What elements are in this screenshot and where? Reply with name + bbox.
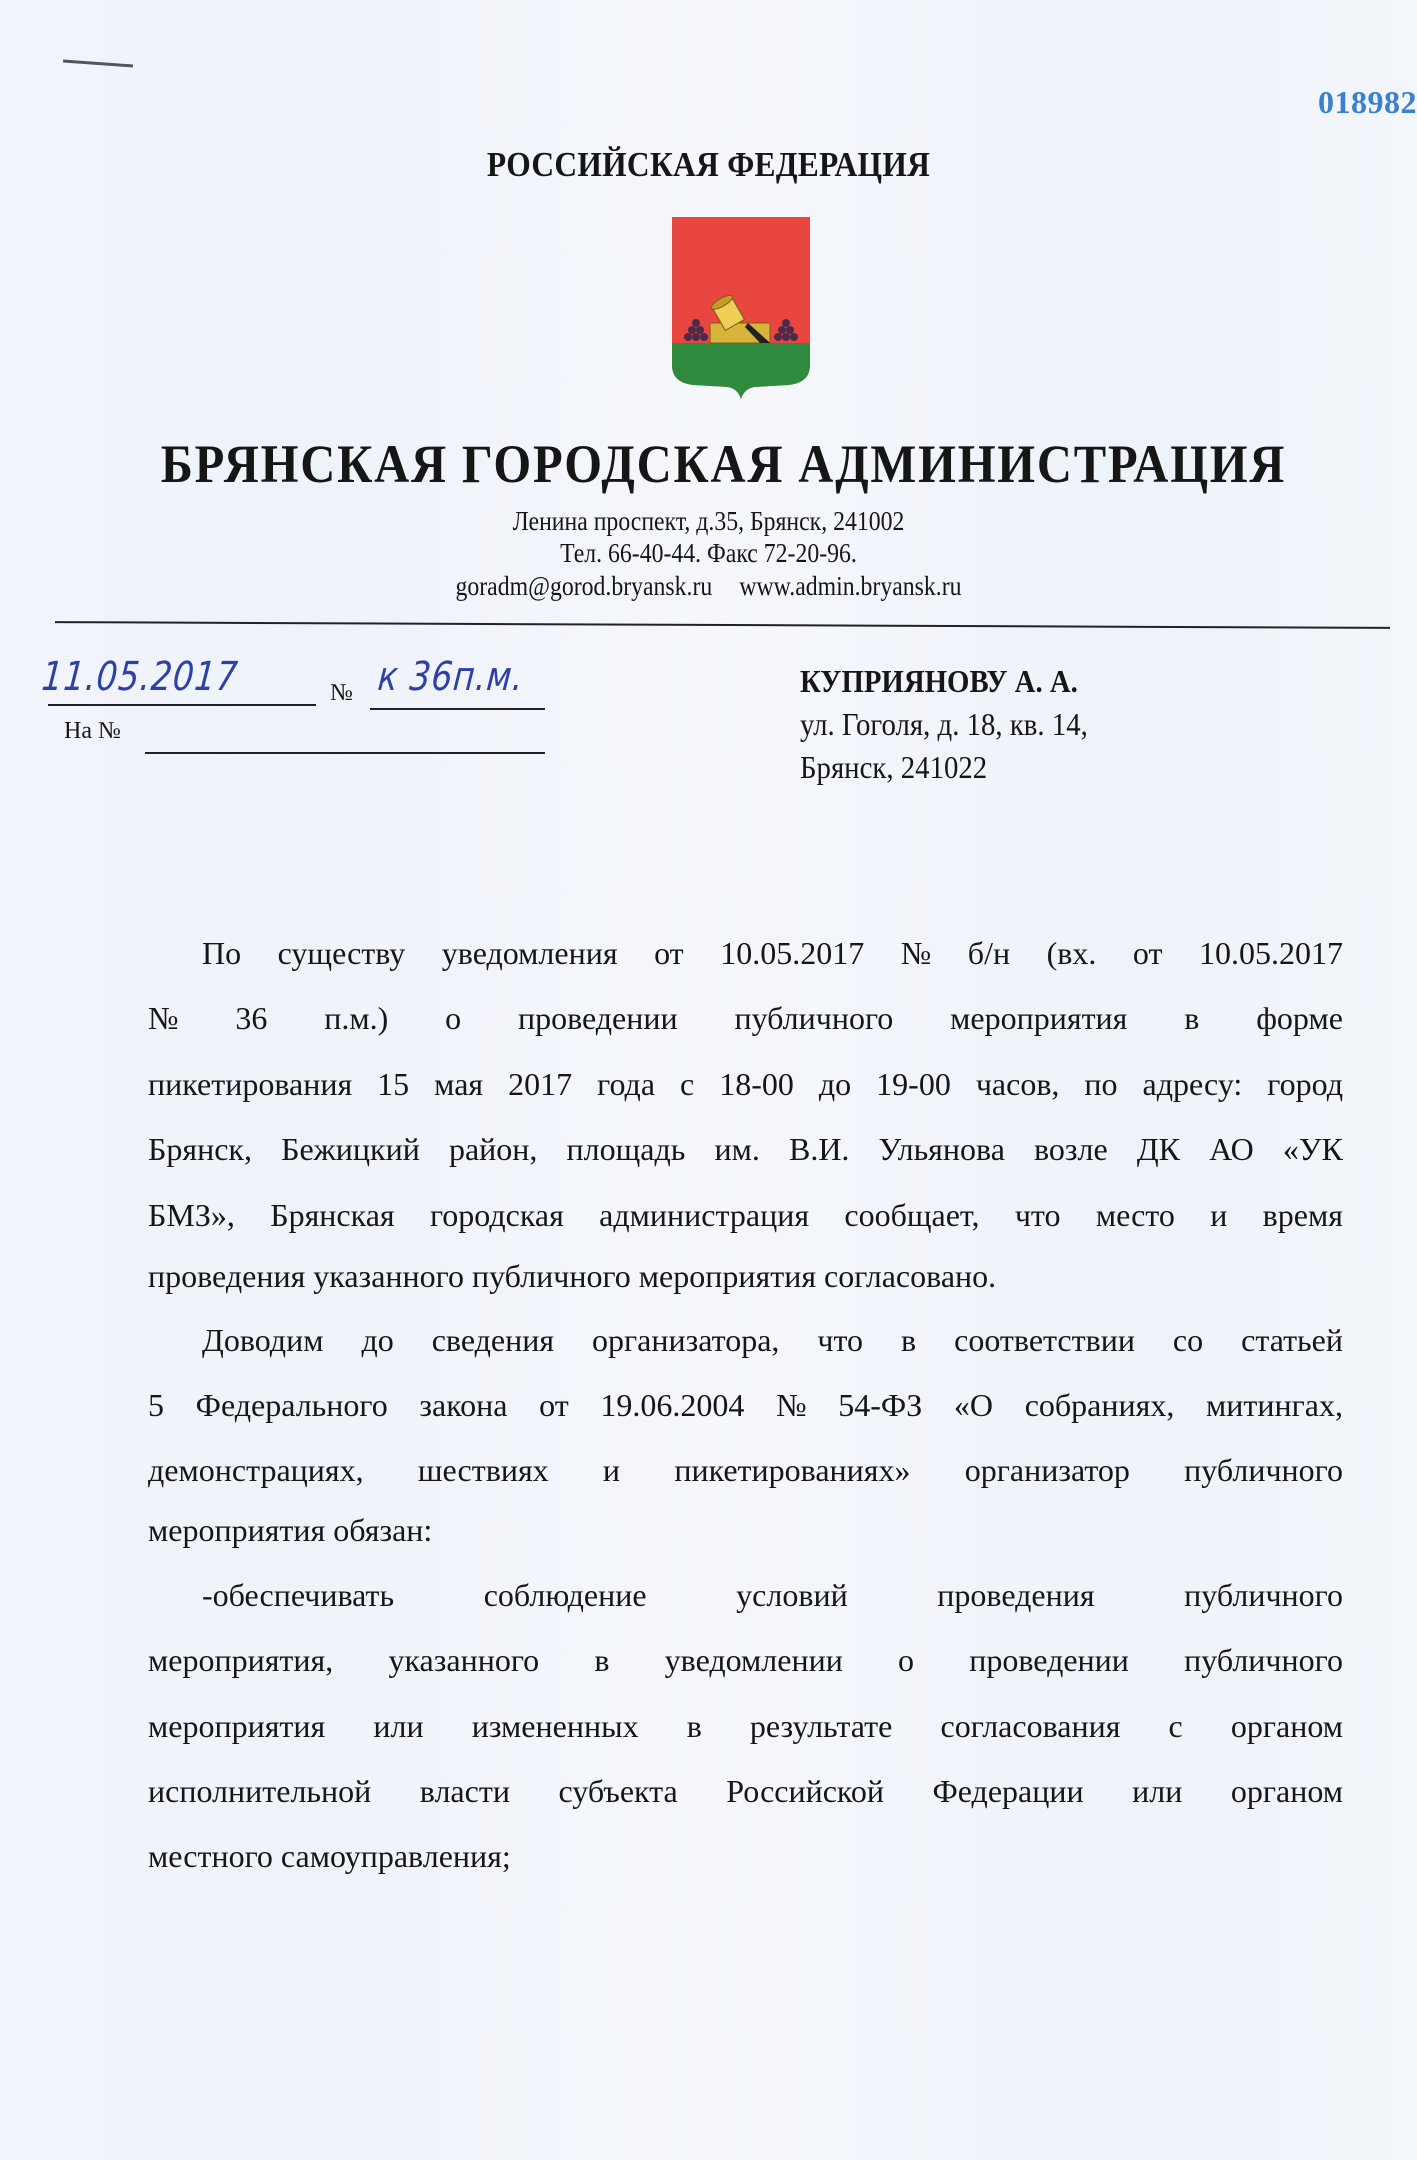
word: Федерального: [196, 1387, 388, 1431]
word: Бежицкий: [281, 1131, 420, 1175]
paragraph-line: мероприятияилиизмененныхврезультатесогла…: [148, 1708, 1343, 1752]
word: 19-00: [876, 1066, 951, 1110]
word: митингах,: [1206, 1387, 1343, 1431]
word: до: [361, 1322, 393, 1366]
word: №: [148, 1000, 179, 1044]
word: БМЗ»,: [148, 1197, 235, 1241]
word: 5: [148, 1387, 164, 1431]
word: 19.06.2004: [600, 1387, 744, 1431]
word: администрация: [599, 1197, 809, 1241]
addressee-name: КУПРИЯНОВУ А. А.: [800, 660, 1088, 703]
word: проведения: [937, 1577, 1094, 1621]
word: соответствии: [954, 1322, 1135, 1366]
paragraph-line: -обеспечиватьсоблюдениеусловийпроведения…: [202, 1577, 1343, 1621]
word: ДК: [1137, 1131, 1180, 1175]
word: 36: [235, 1000, 267, 1044]
reply-reference-line: На №: [40, 710, 600, 760]
word: По: [202, 935, 241, 979]
word: Ульянова: [879, 1131, 1005, 1175]
word: городская: [430, 1197, 564, 1241]
organization-title: БРЯНСКАЯ ГОРОДСКАЯ АДМИНИСТРАЦИЯ: [99, 433, 1347, 495]
word: 54-ФЗ: [838, 1387, 922, 1431]
word: условий: [736, 1577, 848, 1621]
word: с: [680, 1066, 694, 1110]
word: район,: [449, 1131, 537, 1175]
word: шествиях: [418, 1452, 549, 1496]
word: что: [1015, 1197, 1061, 1241]
word: результате: [750, 1708, 892, 1752]
word: что: [817, 1322, 863, 1366]
word: субъекта: [558, 1773, 677, 1817]
paragraph-line: исполнительнойвластисубъектаРоссийскойФе…: [148, 1773, 1343, 1817]
word: от: [654, 935, 684, 979]
addressee-street: ул. Гоголя, д. 18, кв. 14,: [800, 703, 1088, 746]
number-label: №: [330, 680, 353, 707]
coat-of-arms-icon: [670, 215, 812, 400]
word: в: [687, 1708, 702, 1752]
word: от: [1133, 935, 1163, 979]
word: место: [1096, 1197, 1175, 1241]
paragraph-line: местного самоуправления;: [148, 1838, 1343, 1882]
word: Российской: [726, 1773, 884, 1817]
reply-number-underline: [145, 752, 545, 754]
paragraph-line: мероприятия обязан:: [148, 1512, 1343, 1556]
word: В.И.: [789, 1131, 849, 1175]
paragraph-line: БМЗ»,Брянскаягородскаяадминистрациясообщ…: [148, 1197, 1343, 1241]
word: 18-00: [719, 1066, 794, 1110]
country-header: РОССИЙСКАЯ ФЕДЕРАЦИЯ: [71, 145, 1346, 185]
word: по: [1084, 1066, 1117, 1110]
organization-website[interactable]: www.admin.bryansk.ru: [739, 571, 961, 601]
word: измененных: [472, 1708, 639, 1752]
word: «О: [954, 1387, 993, 1431]
word: АО: [1209, 1131, 1254, 1175]
word: Доводим: [202, 1322, 323, 1366]
serial-number: 018982: [1318, 84, 1417, 121]
paragraph-line: №36п.м.)опроведениипубличногомероприятия…: [148, 1000, 1343, 1044]
word: возле: [1034, 1131, 1108, 1175]
word: в: [901, 1322, 916, 1366]
word: город: [1267, 1066, 1343, 1110]
paragraph-line: Посуществууведомленияот10.05.2017№б/н(вх…: [202, 935, 1343, 979]
word: мероприятия,: [148, 1642, 333, 1686]
word: указанного: [388, 1642, 539, 1686]
word: п.м.): [324, 1000, 388, 1044]
word: им.: [714, 1131, 759, 1175]
word: соблюдение: [484, 1577, 647, 1621]
paragraph-line: проведения указанного публичного меропри…: [148, 1258, 1343, 1302]
word: форме: [1256, 1000, 1343, 1044]
word: №: [776, 1387, 807, 1431]
word: уведомления: [442, 935, 618, 979]
word: или: [1132, 1773, 1182, 1817]
paragraph-line: 5Федеральногозаконаот19.06.2004№54-ФЗ«Ос…: [148, 1387, 1343, 1431]
word: организатора,: [592, 1322, 779, 1366]
word: проведении: [518, 1000, 678, 1044]
paragraph-line: демонстрациях,шествияхипикетированиях»ор…: [148, 1452, 1343, 1496]
handwritten-date: 11.05.2017: [40, 654, 240, 700]
word: пикетированиях»: [674, 1452, 910, 1496]
word: о: [445, 1000, 461, 1044]
reply-number-label: На №: [64, 718, 121, 745]
word: в: [1184, 1000, 1199, 1044]
word: публичного: [1184, 1642, 1343, 1686]
word: с: [1169, 1708, 1183, 1752]
paragraph-line: Доводимдосведенияорганизатора,чтовсоотве…: [202, 1322, 1343, 1366]
word: 15: [377, 1066, 409, 1110]
word: публичного: [734, 1000, 893, 1044]
word: статьей: [1241, 1322, 1343, 1366]
organization-phone-fax: Тел. 66-40-44. Факс 72-20-96.: [85, 538, 1332, 569]
word: сообщает,: [844, 1197, 979, 1241]
word: исполнительной: [148, 1773, 371, 1817]
word: часов,: [976, 1066, 1060, 1110]
word: б/н: [968, 935, 1010, 979]
word: 10.05.2017: [720, 935, 864, 979]
word: 10.05.2017: [1199, 935, 1343, 979]
handwritten-reg-number: к 36п.м.: [376, 654, 526, 700]
organization-address: Ленина проспект, д.35, Брянск, 241002: [85, 506, 1332, 537]
stray-dash-mark: [63, 60, 133, 68]
word: мероприятия: [950, 1000, 1127, 1044]
word: демонстрациях,: [148, 1452, 364, 1496]
organization-email[interactable]: goradm@gorod.bryansk.ru: [455, 571, 712, 601]
word: организатор: [965, 1452, 1130, 1496]
word: «УК: [1283, 1131, 1343, 1175]
word: проведении: [969, 1642, 1129, 1686]
word: года: [597, 1066, 655, 1110]
word: о: [898, 1642, 914, 1686]
letter-page: 018982 РОССИЙСКАЯ ФЕДЕРАЦИЯ БРЯНСКАЯ ГОР…: [0, 0, 1417, 2160]
addressee-block: КУПРИЯНОВУ А. А. ул. Гоголя, д. 18, кв. …: [800, 660, 1088, 789]
word: мероприятия: [148, 1708, 325, 1752]
paragraph-line: мероприятия,указанноговуведомленииопрове…: [148, 1642, 1343, 1686]
word: мая: [434, 1066, 483, 1110]
word: адресу:: [1143, 1066, 1243, 1110]
word: от: [539, 1387, 569, 1431]
header-divider: [55, 621, 1390, 629]
word: -обеспечивать: [202, 1577, 394, 1621]
word: публичного: [1184, 1452, 1343, 1496]
word: власти: [420, 1773, 510, 1817]
word: органом: [1231, 1708, 1343, 1752]
word: уведомлении: [665, 1642, 843, 1686]
word: (вх.: [1047, 935, 1097, 979]
word: публичного: [1184, 1577, 1343, 1621]
registration-line: 11.05.2017 № к 36п.м.: [40, 650, 600, 710]
word: Федерации: [932, 1773, 1083, 1817]
paragraph-line: пикетирования15мая2017годас18-00до19-00ч…: [148, 1066, 1343, 1110]
word: и: [603, 1452, 620, 1496]
word: согласования: [940, 1708, 1120, 1752]
word: пикетирования: [148, 1066, 352, 1110]
word: органом: [1231, 1773, 1343, 1817]
word: №: [901, 935, 932, 979]
word: Брянск,: [148, 1131, 252, 1175]
addressee-city: Брянск, 241022: [800, 746, 1088, 789]
word: время: [1263, 1197, 1343, 1241]
word: собраниях,: [1025, 1387, 1175, 1431]
word: в: [594, 1642, 609, 1686]
paragraph-line: Брянск,Бежицкийрайон,площадьим.В.И.Ульян…: [148, 1131, 1343, 1175]
word: существу: [278, 935, 406, 979]
word: сведения: [432, 1322, 554, 1366]
word: или: [373, 1708, 423, 1752]
word: Брянская: [270, 1197, 394, 1241]
word: со: [1173, 1322, 1203, 1366]
word: и: [1210, 1197, 1227, 1241]
organization-online-contacts: goradm@gorod.bryansk.ru www.admin.bryans…: [85, 571, 1332, 602]
word: площадь: [567, 1131, 686, 1175]
word: 2017: [508, 1066, 572, 1110]
word: до: [819, 1066, 851, 1110]
word: закона: [419, 1387, 507, 1431]
date-underline: [48, 704, 316, 706]
